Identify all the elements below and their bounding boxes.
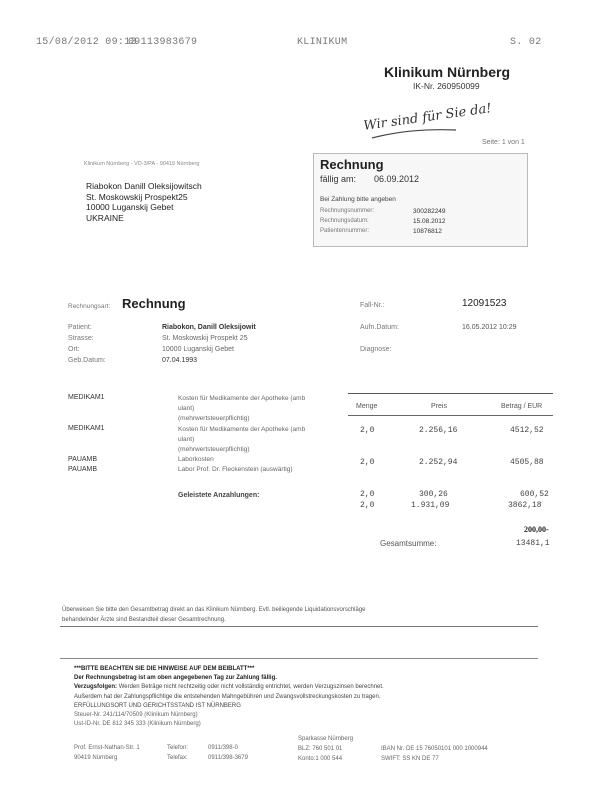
total-label: Gesamtsumme:	[380, 539, 436, 548]
notices-header: ***BITTE BEACHTEN SIE DIE HINWEISE AUF D…	[74, 665, 384, 674]
case-number: 12091523	[462, 298, 507, 309]
transfer-note-line: Überweisen Sie bitte den Gesamtbetrag di…	[62, 605, 366, 615]
sender-line: Klinikum Nürnberg - VD-3/PA - 90419 Nürn…	[84, 161, 199, 167]
fax-datetime: 15/08/2012 09:13	[36, 37, 137, 48]
item-description: Kosten für Medikamente der Apotheke (amb…	[178, 394, 305, 424]
notices: ***BITTE BEACHTEN SIE DIE HINWEISE AUF D…	[74, 665, 384, 729]
total-value: 13481,1	[516, 539, 550, 548]
admission-date-label: Aufn.Datum:	[360, 324, 399, 331]
clinic-name: Klinikum Nürnberg	[384, 64, 510, 80]
item-description-line: (mehrwertsteuerpflichtig)	[178, 445, 305, 455]
page-count: Seite: 1 von 1	[482, 139, 525, 146]
due-label: fällig am:	[320, 174, 356, 184]
recipient-address: Riabokon Danill Oleksijowitsch St. Mosko…	[86, 181, 202, 223]
delay-label: Verzugsfolgen:	[74, 684, 117, 690]
footer-iban: IBAN Nr. DE 15 76050101 000 1000944 SWIF…	[381, 744, 488, 764]
deposits-label: Geleistete Anzahlungen:	[178, 492, 259, 499]
account-number: Konto:1 000 544	[298, 754, 353, 764]
patient-label: Patient:	[68, 324, 92, 331]
column-qty: Menge	[356, 403, 377, 410]
item-description-line: ulant)	[178, 435, 305, 445]
patient-number-label: Patientennummer:	[320, 228, 369, 234]
recipient-country: UKRAINE	[86, 213, 202, 224]
case-number-label: Fall-Nr.:	[360, 302, 385, 309]
city-label: Ort:	[68, 346, 80, 353]
footer-contact-labels: Telefon: Telefax:	[167, 743, 188, 763]
payment-note: Bei Zahlung bitte angeben	[320, 196, 396, 203]
invoice-info-box: Rechnung fällig am: 06.09.2012 Bei Zahlu…	[313, 153, 528, 247]
item-description: Kosten für Medikamente der Apotheke (amb…	[178, 425, 305, 455]
table-top-rule	[348, 393, 553, 394]
divider	[60, 658, 538, 659]
footer-address: Prof. Ernst-Nathan-Str. 1 90419 Nürnberg	[74, 743, 140, 763]
due-date: 06.09.2012	[374, 174, 419, 184]
item-description-line: (mehrwertsteuerpflichtig)	[178, 414, 305, 424]
item-amount: 600,52	[520, 490, 549, 499]
fax-number: 0911/398-3679	[208, 753, 248, 763]
jurisdiction: ERFÜLLUNGSORT UND GERICHTSSTAND IST NÜRN…	[74, 702, 384, 711]
item-qty: 2,0	[360, 458, 374, 467]
table-header-rule	[348, 415, 553, 416]
item-code: PAUAMB	[68, 456, 97, 463]
invoice-date-label: Rechnungsdatum:	[320, 218, 369, 224]
item-price: 300,26	[419, 490, 448, 499]
bank-name: Sparkasse Nürnberg	[298, 734, 353, 744]
invoice-type-label: Rechnungsart:	[68, 303, 110, 310]
vat-id: Ust-ID-Nr. DE 812 345 333 (Klinikum Nürn…	[74, 720, 384, 729]
transfer-note-line: behandelnder Ärzte sind Bestandteil dies…	[62, 615, 366, 625]
transfer-note: Überweisen Sie bitte den Gesamtbetrag di…	[62, 605, 366, 625]
fax-label: Telefax:	[167, 753, 188, 763]
item-amount: 4512,52	[510, 426, 544, 435]
street-label: Strasse:	[68, 335, 94, 342]
footer-bank: Sparkasse Nürnberg BLZ: 760 501 01 Konto…	[298, 734, 353, 764]
item-code: MEDIKAM1	[68, 425, 105, 432]
item-description-line: Kosten für Medikamente der Apotheke (amb	[178, 394, 305, 404]
item-amount: 4505,88	[510, 458, 544, 467]
tax-number: Steuer-Nr. 241/114/70509 (Klinikum Nürnb…	[74, 711, 384, 720]
fax-page: S. 02	[510, 37, 542, 48]
item-code: MEDIKAM1	[68, 394, 105, 401]
item-code: PAUAMB	[68, 466, 97, 473]
patient-value: Riabokon, Danill Oleksijowit	[162, 324, 256, 331]
ik-number: IK-Nr. 260950099	[413, 81, 480, 91]
city-value: 10000 Luganskij Gebet	[162, 346, 234, 353]
column-price: Preis	[431, 403, 447, 410]
column-amount: Betrag / EUR	[501, 403, 542, 410]
bank-code: BLZ: 760 501 01	[298, 744, 353, 754]
divider	[60, 626, 538, 627]
costs-text: Außerdem hat der Zahlungspflichtige die …	[74, 693, 384, 702]
invoice-type-value: Rechnung	[122, 296, 186, 311]
notices-due-line: Der Rechnungsbetrag ist am oben angegebe…	[74, 674, 384, 683]
diagnosis-label: Diagnose:	[360, 346, 392, 353]
delay-text: Werden Beträge nicht rechtzeitig oder ni…	[119, 684, 384, 690]
street-value: St. Moskowskij Prospekt 25	[162, 335, 248, 342]
item-description: Laborkosten	[178, 456, 214, 463]
iban: IBAN Nr. DE 15 76050101 000 1000944	[381, 744, 488, 754]
fax-number: 09113983679	[128, 37, 197, 48]
footer-city: 90419 Nürnberg	[74, 753, 140, 763]
birthdate-value: 07.04.1993	[162, 357, 197, 364]
item-qty: 2,0	[360, 501, 374, 510]
admission-date: 16.05.2012 10:29	[462, 324, 517, 331]
item-price: 2.256,16	[419, 426, 457, 435]
item-qty: 2,0	[360, 490, 374, 499]
invoice-number: 300282249	[413, 208, 446, 215]
item-description: Labor Prof. Dr. Fleckenstein (auswärtig)	[178, 466, 293, 473]
deposits-value: 200,00-	[524, 525, 549, 534]
phone-label: Telefon:	[167, 743, 188, 753]
footer-contact-values: 0911/398-0 0911/398-3679	[208, 743, 248, 763]
slogan-underline-icon	[370, 126, 460, 140]
patient-number: 10876812	[413, 228, 442, 235]
item-description-line: Kosten für Medikamente der Apotheke (amb	[178, 425, 305, 435]
invoice-box-title: Rechnung	[320, 157, 384, 172]
recipient-name: Riabokon Danill Oleksijowitsch	[86, 181, 202, 192]
item-qty: 2,0	[360, 426, 374, 435]
recipient-city: 10000 Luganskij Gebet	[86, 202, 202, 213]
swift: SWIFT: SS KN DE 77	[381, 754, 488, 764]
invoice-number-label: Rechnungsnummer:	[320, 208, 374, 214]
item-price: 1.931,09	[411, 501, 449, 510]
invoice-date: 15.08.2012	[413, 218, 446, 225]
recipient-street: St. Moskowskij Prospekt25	[86, 192, 202, 203]
footer-street: Prof. Ernst-Nathan-Str. 1	[74, 743, 140, 753]
item-price: 2.252,94	[419, 458, 457, 467]
item-description-line: ulant)	[178, 404, 305, 414]
birthdate-label: Geb.Datum:	[68, 357, 106, 364]
phone-number: 0911/398-0	[208, 743, 248, 753]
item-amount: 3862,18	[508, 501, 542, 510]
fax-sender: KLINIKUM	[297, 37, 347, 48]
